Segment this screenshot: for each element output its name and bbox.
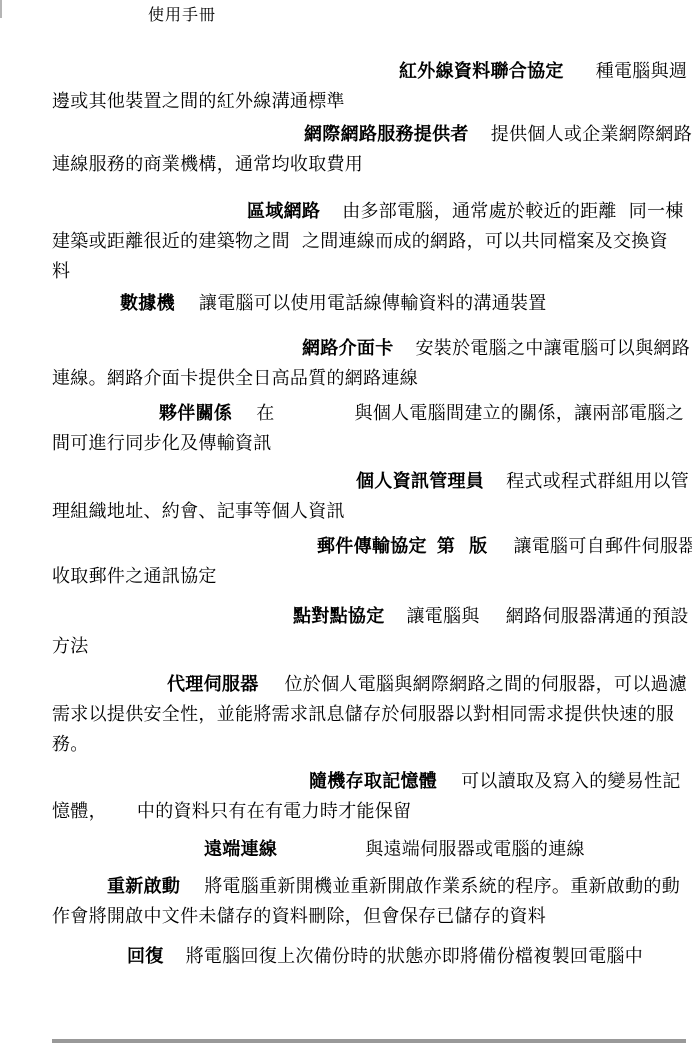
glossary-entry: 個人資訊管理員程式或程式群組用以管 理組織地址、約會、記事等個人資訊	[52, 467, 689, 527]
missing-text-gap	[427, 551, 437, 552]
glossary-line: 連線服務的商業機構，通常均收取費用	[52, 150, 689, 180]
glossary-line: 數據機讓電腦可以使用電話線傳輸資料的溝通裝置	[52, 289, 689, 319]
glossary-line: 務。	[52, 730, 689, 760]
definition-text: 建築或距離很近的建築物之間	[52, 231, 290, 252]
definition-text: 網路伺服器溝通的預設	[506, 606, 689, 627]
glossary-line: 紅外線資料聯合協定種電腦與週	[52, 57, 689, 87]
glossary-term: 遠端連線	[204, 839, 277, 860]
definition-text: 作會將開啟中文件未儲存的資料刪除，但會保存已儲存的資料	[52, 906, 546, 927]
glossary-term: 夥伴關係	[159, 403, 232, 424]
glossary-term: 回復	[127, 946, 164, 967]
glossary-line: 建築或距離很近的建築物之間之間連線而成的網路，可以共同檔案及交換資	[52, 227, 689, 257]
missing-text-gap	[487, 551, 513, 552]
glossary-term: 第	[437, 536, 455, 557]
definition-text: 理組織地址、約會、記事等個人資訊	[52, 501, 345, 522]
glossary-line: 回復將電腦回復上次備份時的狀態亦即將備份檔複製回電腦中	[52, 942, 689, 972]
glossary-line: 區域網路由多部電腦，通常處於較近的距離同一棟	[52, 197, 689, 227]
glossary-term: 隨機存取記憶體	[309, 771, 437, 792]
glossary-line: 收取郵件之通訊協定	[52, 562, 689, 592]
glossary-term: 郵件傳輸協定	[317, 536, 427, 557]
glossary-entry: 代理伺服器位於個人電腦與網際網路之間的伺服器，可以過濾 需求以提供安全性，並能將…	[52, 670, 689, 760]
glossary-entry: 夥伴關係在與個人電腦間建立的關係，讓兩部電腦之 間可進行同步化及傳輸資訊	[52, 399, 689, 459]
missing-text-gap	[564, 76, 596, 77]
glossary-entry: 區域網路由多部電腦，通常處於較近的距離同一棟 建築或距離很近的建築物之間之間連線…	[52, 197, 689, 287]
glossary-entry: 遠端連線與遠端伺服器或電腦的連線	[52, 835, 689, 865]
definition-text: 由多部電腦，通常處於較近的距離	[342, 201, 617, 222]
glossary-entry: 網際網路服務提供者提供個人或企業網際網路 連線服務的商業機構，通常均收取費用	[52, 120, 689, 180]
glossary-line: 隨機存取記憶體可以讀取及寫入的變易性記	[52, 767, 689, 797]
glossary-line: 憶體，中的資料只有在有電力時才能保留	[52, 797, 689, 827]
glossary-entry: 回復將電腦回復上次備份時的狀態亦即將備份檔複製回電腦中	[52, 942, 689, 972]
definition-text: 之間連線而成的網路，可以共同檔案及交換資	[302, 231, 668, 252]
glossary-entry: 隨機存取記憶體可以讀取及寫入的變易性記 憶體，中的資料只有在有電力時才能保留	[52, 767, 689, 827]
page-header-title: 使用手冊	[148, 3, 216, 27]
page-edge-mark	[0, 0, 2, 18]
definition-text: 提供個人或企業網際網路	[491, 124, 692, 145]
glossary-line: 理組織地址、約會、記事等個人資訊	[52, 497, 689, 527]
glossary-line: 郵件傳輸協定第版讓電腦可自郵件伺服器	[52, 532, 689, 562]
definition-text: 讓電腦可自郵件伺服器	[513, 536, 692, 557]
definition-text: 將電腦重新開機並重新開啟作業系統的程序。重新啟動的動	[204, 876, 680, 897]
glossary-line: 網路介面卡安裝於電腦之中讓電腦可以與網路	[52, 334, 689, 364]
glossary-line: 方法	[52, 632, 689, 662]
missing-text-gap	[259, 689, 285, 690]
glossary-line: 連線。網路介面卡提供全日高品質的網路連線	[52, 364, 689, 394]
definition-text: 與個人電腦間建立的關係，讓兩部電腦之	[355, 403, 684, 424]
glossary-entry: 點對點協定讓電腦與網路伺服器溝通的預設 方法	[52, 602, 689, 662]
glossary-line: 網際網路服務提供者提供個人或企業網際網路	[52, 120, 689, 150]
definition-text: 讓電腦可以使用電話線傳輸資料的溝通裝置	[199, 293, 547, 314]
definition-text: 務。	[52, 734, 89, 755]
definition-text: 安裝於電腦之中讓電腦可以與網路	[416, 338, 691, 359]
glossary-line: 料	[52, 257, 689, 287]
definition-text: 中的資料只有在有電力時才能保留	[137, 801, 412, 822]
missing-text-gap	[484, 486, 506, 487]
missing-text-gap	[480, 621, 506, 622]
missing-text-gap	[232, 418, 256, 419]
missing-text-gap	[277, 854, 365, 855]
missing-text-gap	[437, 786, 461, 787]
glossary-term: 區域網路	[247, 201, 320, 222]
missing-text-gap	[320, 216, 342, 217]
glossary-term: 點對點協定	[293, 606, 385, 627]
definition-text: 間可進行同步化及傳輸資訊	[52, 433, 272, 454]
glossary-term: 重新啟動	[107, 876, 180, 897]
glossary-term: 代理伺服器	[167, 674, 259, 695]
glossary-line: 重新啟動將電腦重新開機並重新開啟作業系統的程序。重新啟動的動	[52, 872, 689, 902]
definition-text: 讓電腦與	[407, 606, 480, 627]
definition-text: 連線。網路介面卡提供全日高品質的網路連線	[52, 368, 418, 389]
definition-text: 可以讀取及寫入的變易性記	[461, 771, 681, 792]
definition-text: 憶體，	[52, 801, 107, 822]
manual-page: 使用手冊 紅外線資料聯合協定種電腦與週 邊或其他裝置之間的紅外線溝通標準 網際網…	[0, 0, 692, 1045]
missing-text-gap	[290, 246, 302, 247]
glossary-line: 間可進行同步化及傳輸資訊	[52, 429, 689, 459]
definition-text: 收取郵件之通訊協定	[52, 566, 217, 587]
glossary-line: 遠端連線與遠端伺服器或電腦的連線	[52, 835, 689, 865]
glossary-entry: 網路介面卡安裝於電腦之中讓電腦可以與網路 連線。網路介面卡提供全日高品質的網路連…	[52, 334, 689, 394]
glossary-line: 點對點協定讓電腦與網路伺服器溝通的預設	[52, 602, 689, 632]
definition-text: 方法	[52, 636, 89, 657]
definition-text: 同一棟	[629, 201, 684, 222]
definition-text: 料	[52, 261, 70, 282]
missing-text-gap	[385, 621, 407, 622]
definition-text: 程式或程式群組用以管	[506, 471, 689, 492]
glossary-term: 紅外線資料聯合協定	[399, 61, 564, 82]
definition-text: 與遠端伺服器或電腦的連線	[365, 839, 585, 860]
glossary-line: 代理伺服器位於個人電腦與網際網路之間的伺服器，可以過濾	[52, 670, 689, 700]
missing-text-gap	[180, 891, 204, 892]
glossary-line: 需求以提供安全性，並能將需求訊息儲存於伺服器以對相同需求提供快速的服	[52, 700, 689, 730]
missing-text-gap	[617, 216, 629, 217]
glossary-line: 作會將開啟中文件未儲存的資料刪除，但會保存已儲存的資料	[52, 902, 689, 932]
missing-text-gap	[175, 308, 199, 309]
definition-text: 連線服務的商業機構，通常均收取費用	[52, 154, 363, 175]
definition-text: 種電腦與週	[596, 61, 688, 82]
glossary-term: 網際網路服務提供者	[304, 124, 469, 145]
glossary-term: 網路介面卡	[302, 338, 394, 359]
missing-text-gap	[469, 139, 491, 140]
footer-divider-bar	[52, 1039, 686, 1043]
glossary-term: 版	[469, 536, 487, 557]
glossary-line: 邊或其他裝置之間的紅外線溝通標準	[52, 87, 689, 117]
definition-text: 邊或其他裝置之間的紅外線溝通標準	[52, 91, 345, 112]
definition-text: 將電腦回復上次備份時的狀態亦即將備份檔複製回電腦中	[186, 946, 644, 967]
glossary-entry: 郵件傳輸協定第版讓電腦可自郵件伺服器 收取郵件之通訊協定	[52, 532, 689, 592]
missing-text-gap	[455, 551, 469, 552]
glossary-term: 數據機	[120, 293, 175, 314]
definition-text: 需求以提供安全性，並能將需求訊息儲存於伺服器以對相同需求提供快速的服	[52, 704, 674, 725]
missing-text-gap	[275, 418, 355, 419]
glossary-entry: 重新啟動將電腦重新開機並重新開啟作業系統的程序。重新啟動的動 作會將開啟中文件未…	[52, 872, 689, 932]
glossary-line: 夥伴關係在與個人電腦間建立的關係，讓兩部電腦之	[52, 399, 689, 429]
glossary-line: 個人資訊管理員程式或程式群組用以管	[52, 467, 689, 497]
missing-text-gap	[164, 961, 186, 962]
definition-text: 在	[256, 403, 274, 424]
glossary-entry: 紅外線資料聯合協定種電腦與週 邊或其他裝置之間的紅外線溝通標準	[52, 57, 689, 117]
glossary-term: 個人資訊管理員	[356, 471, 484, 492]
missing-text-gap	[394, 353, 416, 354]
definition-text: 位於個人電腦與網際網路之間的伺服器，可以過濾	[285, 674, 688, 695]
missing-text-gap	[107, 816, 137, 817]
glossary-entry: 數據機讓電腦可以使用電話線傳輸資料的溝通裝置	[52, 289, 689, 319]
